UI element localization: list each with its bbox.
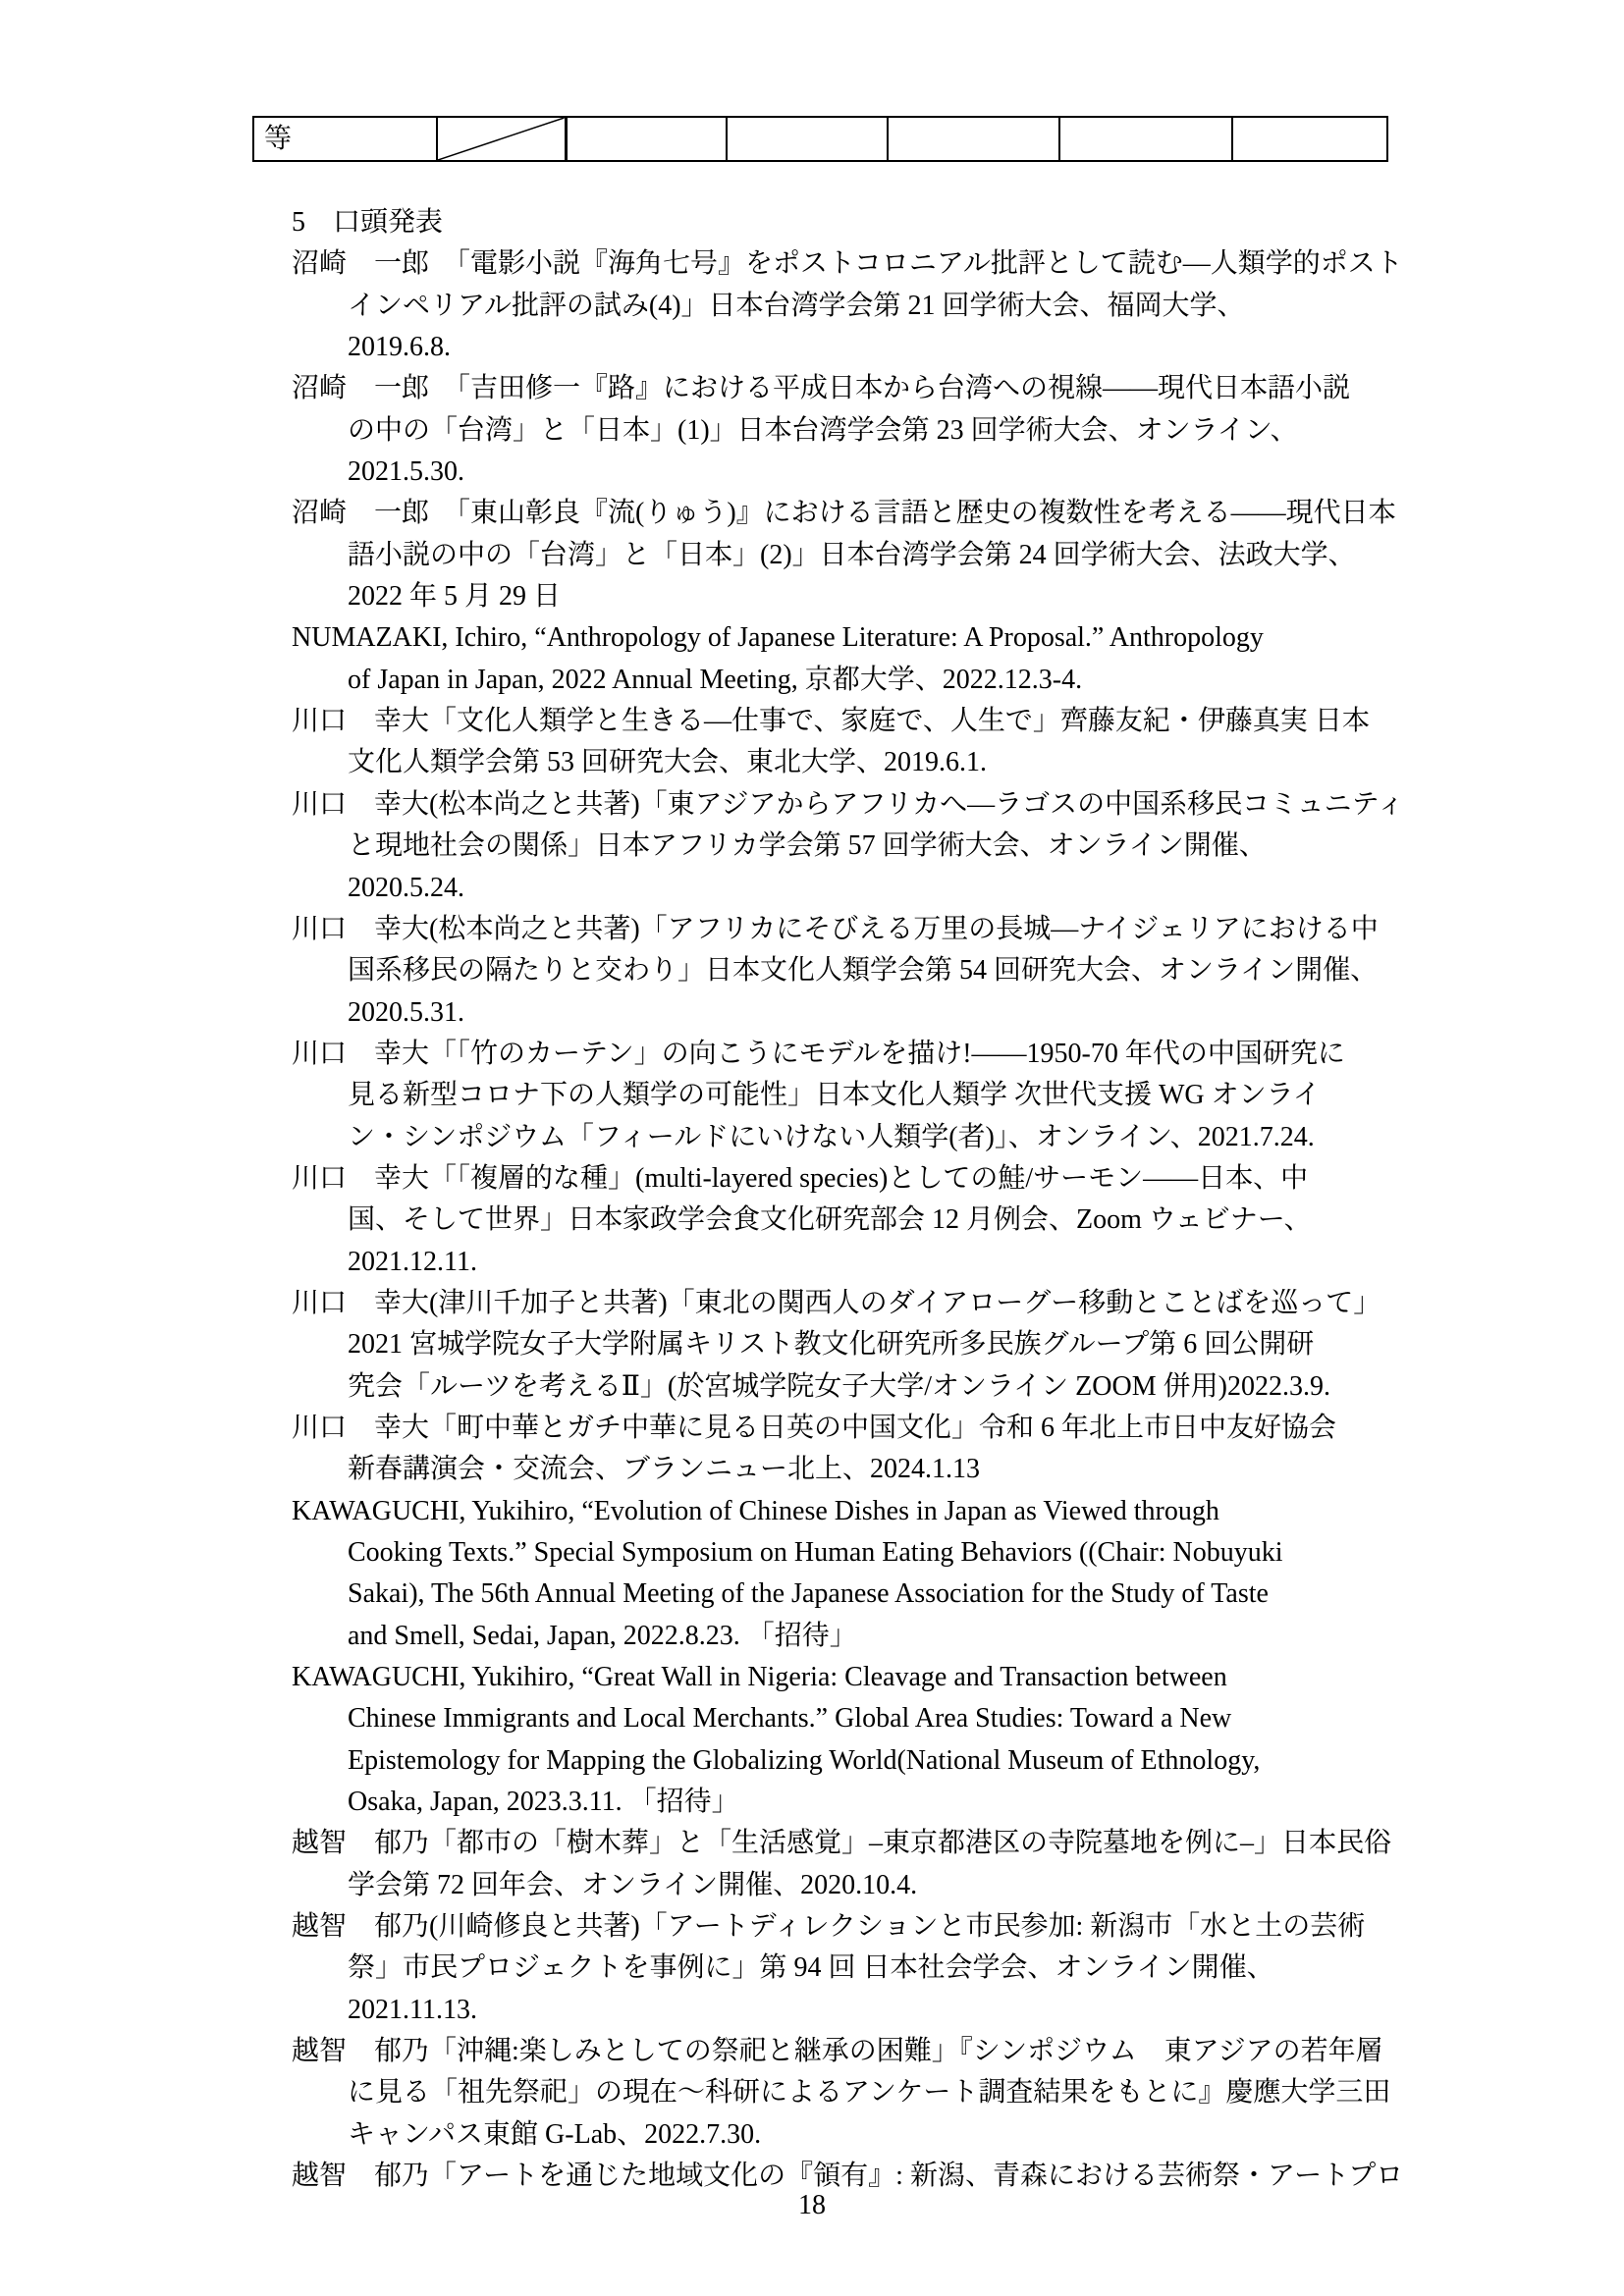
presentation-line: 沼崎 一郎 「吉田修一『路』における平成日本から台湾への視線――現代日本語小説 (292, 368, 1401, 409)
presentation-line: 川口 幸大「「竹のカーテン」の向こうにモデルを描け!――1950-70 年代の中… (292, 1034, 1401, 1075)
table-cell (438, 118, 568, 160)
presentation-line: 沼崎 一郎 「東山彰良『流(りゅう)』における言語と歴史の複数性を考える――現代… (292, 493, 1401, 534)
presentation-line: インペリアル批評の試み(4)」日本台湾学会第 21 回学術大会、福岡大学、 (292, 286, 1401, 327)
page-number: 18 (0, 2185, 1624, 2226)
presentation-line: 究会「ルーツを考えるⅡ」(於宮城学院女子大学/オンライン ZOOM 併用)202… (292, 1366, 1401, 1408)
table-cell (889, 118, 1060, 160)
presentation-line: 越智 郁乃(川崎修良と共著)「アートディレクションと市民参加: 新潟市「水と土の… (292, 1906, 1401, 1948)
table-cell (1060, 118, 1232, 160)
presentation-line: 川口 幸大「「複層的な種」(multi-layered species)としての… (292, 1158, 1401, 1200)
section-heading: 5 口頭発表 (292, 202, 1401, 243)
presentation-line: 2022 年 5 月 29 日 (292, 576, 1401, 617)
presentation-line: 川口 幸大「文化人類学と生きる―仕事で、家庭で、人生で」齊藤友紀・伊藤真実 日本 (292, 701, 1401, 742)
presentation-line: Epistemology for Mapping the Globalizing… (292, 1740, 1401, 1782)
presentation-line: 2020.5.31. (292, 992, 1401, 1034)
presentation-line: 川口 幸大(松本尚之と共著)「アフリカにそびえる万里の長城―ナイジェリアにおける… (292, 909, 1401, 950)
presentation-line: と現地社会の関係」日本アフリカ学会第 57 回学術大会、オンライン開催、 (292, 826, 1401, 867)
table-cell (1233, 118, 1386, 160)
presentations-section: 5 口頭発表 沼崎 一郎 「電影小説『海角七号』をポストコロニアル批評として読む… (292, 202, 1401, 2198)
presentation-line: 語小説の中の「台湾」と「日本」(2)」日本台湾学会第 24 回学術大会、法政大学… (292, 535, 1401, 576)
presentation-line: 川口 幸大「町中華とガチ中華に見る日英の中国文化」令和 6 年北上市日中友好協会 (292, 1408, 1401, 1449)
presentation-line: キャンパス東館 G-Lab、2022.7.30. (292, 2114, 1401, 2156)
table-cell-label: 等 (264, 126, 292, 153)
table-cell: 等 (254, 118, 438, 160)
presentation-line: 2021.5.30. (292, 452, 1401, 493)
presentation-line: ン・シンポジウム「フィールドにいけない人類学(者)」、オンライン、2021.7.… (292, 1117, 1401, 1158)
presentation-line: KAWAGUCHI, Yukihiro, “Great Wall in Nige… (292, 1657, 1401, 1698)
presentation-line: Cooking Texts.” Special Symposium on Hum… (292, 1532, 1401, 1574)
presentation-line: Sakai), The 56th Annual Meeting of the J… (292, 1574, 1401, 1615)
presentation-line: Osaka, Japan, 2023.3.11. 「招待」 (292, 1782, 1401, 1823)
document-page: 等 5 口頭発表 沼崎 一郎 「電影小説『海角七号』をポストコロニアル批評として… (0, 0, 1624, 2296)
presentation-line: 国系移民の隔たりと交わり」日本文化人類学会第 54 回研究大会、オンライン開催、 (292, 950, 1401, 991)
presentation-line: 祭」市民プロジェクトを事例に」第 94 回 日本社会学会、オンライン開催、 (292, 1948, 1401, 1989)
presentation-line: 沼崎 一郎 「電影小説『海角七号』をポストコロニアル批評として読む―人類学的ポス… (292, 243, 1401, 285)
presentation-line: 越智 郁乃「都市の「樹木葬」と「生活感覚」–東京都港区の寺院墓地を例に–」日本民… (292, 1823, 1401, 1864)
diagonal-line (438, 118, 565, 160)
presentation-line: 2021 宮城学院女子大学附属キリスト教文化研究所多民族グループ第 6 回公開研 (292, 1324, 1401, 1365)
presentation-line: 2019.6.8. (292, 327, 1401, 368)
presentation-line: 2021.12.11. (292, 1242, 1401, 1283)
table-cell (568, 118, 728, 160)
presentation-line: 新春講演会・交流会、ブランニュー北上、2024.1.13 (292, 1449, 1401, 1490)
presentation-line: 国、そして世界」日本家政学会食文化研究部会 12 月例会、Zoom ウェビナー、 (292, 1200, 1401, 1241)
presentation-line: 学会第 72 回年会、オンライン開催、2020.10.4. (292, 1865, 1401, 1906)
presentation-line: 川口 幸大(津川千加子と共著)「東北の関西人のダイアローグー移動とことばを巡って… (292, 1283, 1401, 1324)
presentation-line: 2020.5.24. (292, 868, 1401, 909)
presentation-line: of Japan in Japan, 2022 Annual Meeting, … (292, 660, 1401, 701)
presentation-line: 川口 幸大(松本尚之と共著)「東アジアからアフリカへ―ラゴスの中国系移民コミュニ… (292, 784, 1401, 826)
presentation-line: 2021.11.13. (292, 1990, 1401, 2031)
presentation-line: 文化人類学会第 53 回研究大会、東北大学、2019.6.1. (292, 742, 1401, 783)
table-cell (728, 118, 888, 160)
presentation-line: 見る新型コロナ下の人類学の可能性」日本文化人類学 次世代支援 WG オンライ (292, 1075, 1401, 1116)
presentation-line: 越智 郁乃「沖縄:楽しみとしての祭祀と継承の困難」『シンポジウム 東アジアの若年… (292, 2031, 1401, 2072)
presentation-line: Chinese Immigrants and Local Merchants.”… (292, 1698, 1401, 1739)
presentation-line: KAWAGUCHI, Yukihiro, “Evolution of Chine… (292, 1491, 1401, 1532)
presentation-line: の中の「台湾」と「日本」(1)」日本台湾学会第 23 回学術大会、オンライン、 (292, 410, 1401, 452)
presentation-line: NUMAZAKI, Ichiro, “Anthropology of Japan… (292, 617, 1401, 659)
presentation-line: and Smell, Sedai, Japan, 2022.8.23. 「招待」 (292, 1616, 1401, 1657)
presentation-line: に見る「祖先祭祀」の現在〜科研によるアンケート調査結果をもとに』慶應大学三田 (292, 2072, 1401, 2113)
table-fragment: 等 (252, 116, 1388, 162)
